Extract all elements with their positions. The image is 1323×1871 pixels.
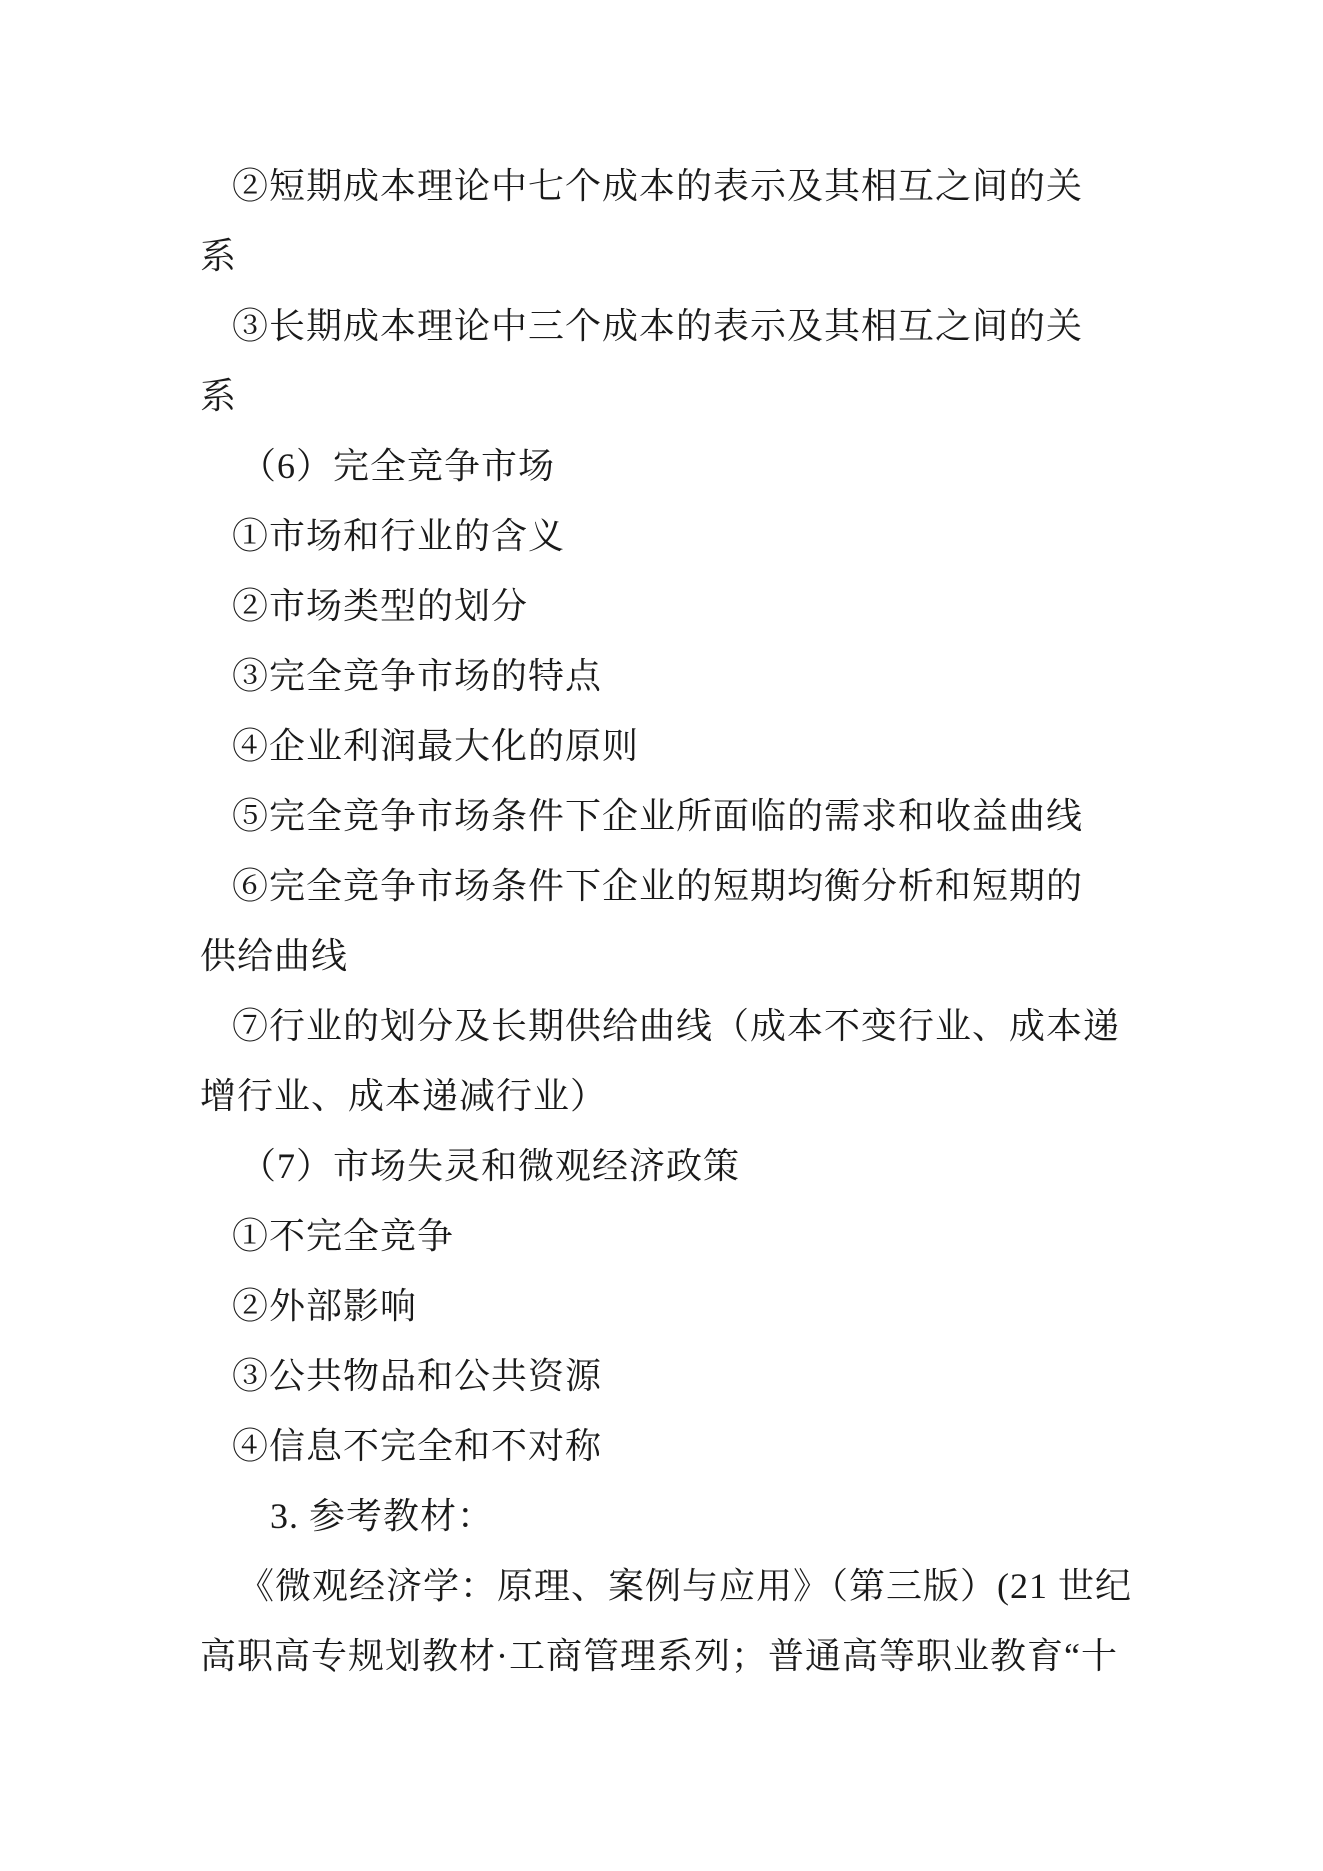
document-line: （7）市场失灵和微观经济政策 [200, 1131, 1123, 1201]
document-line: ③长期成本理论中三个成本的表示及其相互之间的关 [200, 291, 1123, 361]
document-page: ②短期成本理论中七个成本的表示及其相互之间的关系③长期成本理论中三个成本的表示及… [0, 0, 1323, 1871]
document-line: 增行业、成本递减行业） [200, 1061, 1123, 1131]
document-line: 系 [200, 361, 1123, 431]
document-line: ②短期成本理论中七个成本的表示及其相互之间的关 [200, 151, 1123, 221]
document-line: ④企业利润最大化的原则 [200, 711, 1123, 781]
document-line: ①不完全竞争 [200, 1201, 1123, 1271]
document-line: ④信息不完全和不对称 [200, 1411, 1123, 1481]
document-line: ⑥完全竞争市场条件下企业的短期均衡分析和短期的 [200, 851, 1123, 921]
document-line: （6）完全竞争市场 [200, 431, 1123, 501]
document-line: ②市场类型的划分 [200, 571, 1123, 641]
document-line: ③公共物品和公共资源 [200, 1341, 1123, 1411]
document-line: ⑦行业的划分及长期供给曲线（成本不变行业、成本递 [200, 991, 1123, 1061]
document-line: 系 [200, 221, 1123, 291]
document-body: ②短期成本理论中七个成本的表示及其相互之间的关系③长期成本理论中三个成本的表示及… [200, 151, 1123, 1691]
document-line: 供给曲线 [200, 921, 1123, 991]
document-line: 高职高专规划教材·工商管理系列；普通高等职业教育“十 [200, 1621, 1123, 1691]
document-line: ②外部影响 [200, 1271, 1123, 1341]
document-line: ⑤完全竞争市场条件下企业所面临的需求和收益曲线 [200, 781, 1123, 851]
document-line: ③完全竞争市场的特点 [200, 641, 1123, 711]
document-line: ①市场和行业的含义 [200, 501, 1123, 571]
document-line: 3. 参考教材： [200, 1481, 1123, 1551]
document-line: 《微观经济学：原理、案例与应用》（第三版）(21 世纪 [200, 1551, 1123, 1621]
